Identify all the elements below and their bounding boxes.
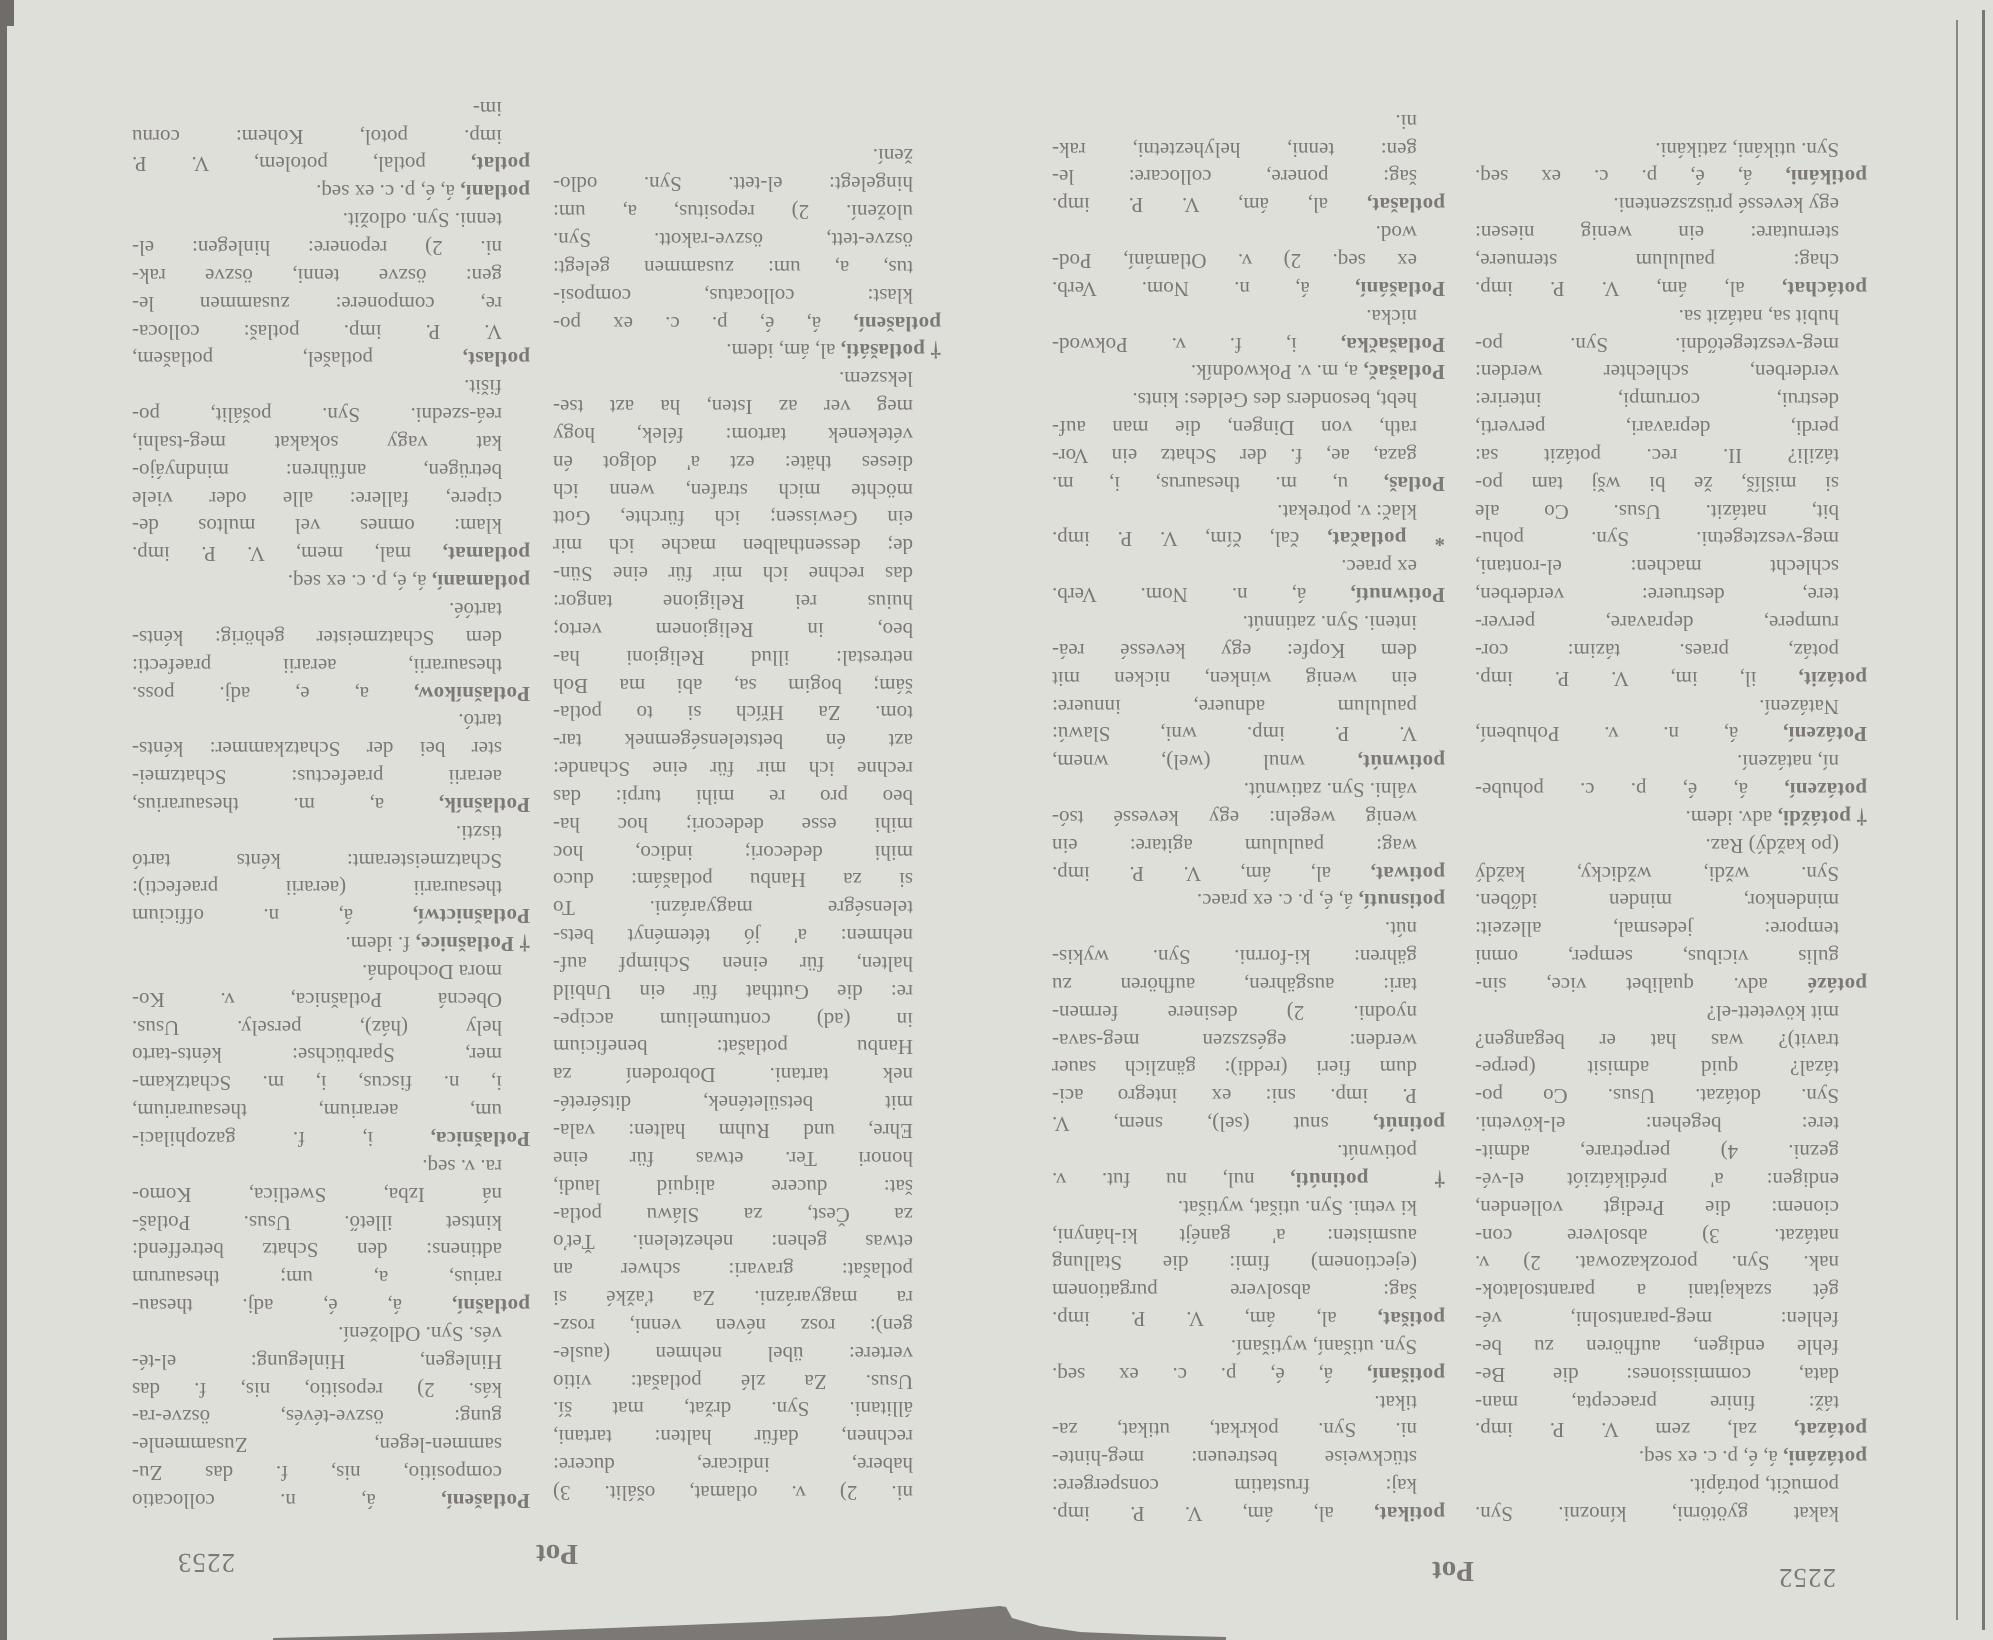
text-line: ra magyarázni. Za ťažké si [553,1283,941,1311]
headword: Potlašník, [439,793,530,817]
line-text: verderben, schlechter werden: [1475,360,1839,384]
line-text: möchte mich strafen, wenn ich [553,479,913,503]
text-line: ra. v. seq. [132,1152,530,1180]
text-line: cipere, fallere: alle oder viele [132,484,530,512]
line-text: tázal? quid admisit (perpe- [1475,1057,1839,1081]
line-text: á, é, p. c. ex seq. [1475,166,1752,190]
line-text: meg-vesztegetődni. Syn. po- [1475,333,1839,357]
text-line: si za Hanbu potlašám: duco [553,866,941,894]
headword: potázit, [1798,667,1867,691]
line-text: ki vetni. Syn. utišat, wytišat. [1178,1196,1417,1220]
text-line: Syn. wždi, wždicky, každý [1475,859,1867,887]
column-3: ni. 2) v. otlamat, ošálit. 3)habere, ind… [553,142,941,1506]
entry-line: † potáždi, adv. idem. [1475,803,1867,831]
text-line: re: die Gutthat für ein Unbild [553,977,941,1005]
line-text: hebt, besonders des Geldes: kints. [1132,388,1417,412]
headword: potišat, [1377,1307,1445,1331]
line-text: válni. Syn. zatiwnút. [1244,778,1417,802]
line-text: állitani. Syn. držat, mat ší. [553,1397,913,1421]
line-text: al, ám, V. P. imp. [1475,277,1745,301]
headword: Potlašání, [1355,277,1445,301]
text-line: habere, indicare, ducere: [553,1450,941,1478]
line-text: wag: paululum agitare: ein [1052,834,1417,858]
line-text: fehle endigen, aufhören zu be- [1475,1335,1839,1359]
headword: potázáni, [1783,1446,1867,1470]
text-line: beo pro re mihi turpi: das [553,782,941,810]
text-line: fehle endigen, aufhören zu be- [1475,1332,1867,1360]
line-text: šám; bogim sa, abi ma Boh [553,674,913,698]
line-text: egy kevessé prüszszenteni. [1613,193,1839,217]
line-text: cipere, fallere: alle oder viele [132,487,502,511]
text-line: in (ad) contumelium accipe- [553,1005,941,1033]
line-text: kat vagy sokakat meg-tsalni, [132,431,502,455]
line-text: Usus. Za zlé potlašat: vitio [553,1370,913,1394]
line-text: mit betsületének, ditséreté- [553,1091,913,1115]
text-line: ná Izba, Swetlica, Komo- [132,1180,530,1208]
line-text: rarius, a, um; thesaurum [132,1266,502,1290]
headword: potikat, [1374,1502,1445,1526]
text-line: stückweise bestreuen: meg-hinte- [1052,1443,1445,1471]
line-text: dum fieri (reddi): gänzlich sauer [1052,1057,1417,1081]
text-line: mer, Sparbüchse: kénts-tarto [132,1041,530,1069]
line-text: Syn. utikáni, zatikáni. [1655,138,1839,162]
headword: potáchat, [1782,277,1867,301]
headword: † Potlašnice, [415,932,530,956]
text-line: šat: ducere aliquid laudi, [553,1172,941,1200]
line-text: thesaurarii (aerarii praefecti): [132,876,502,900]
text-line: travit)? was hat er begangen? [1475,1026,1867,1054]
line-text: zal, zem V. P. imp. [1475,1418,1757,1442]
line-text: dem Kopfe: egy kevessé reá- [1052,639,1417,663]
line-text: natázat. 3) absolvere con- [1475,1224,1839,1248]
running-head: Pot [1432,1556,1474,1585]
text-line: compositio, nis, f. das Zu- [132,1458,530,1486]
text-line: adtinens: den Schatz betreffend: [132,1236,530,1264]
text-line: klast: collocatus, composi- [553,281,941,309]
text-line: mihi esse dedecori; hoc ha- [553,810,941,838]
line-text: a, e, adj. poss. [132,682,369,706]
line-text: al, ám, V. P. imp. [1052,1502,1334,1526]
entry-line: potlašat, al, ám, V. P. imp. [1052,191,1445,219]
line-text: gulis vicibus, semper, omni [1475,945,1839,969]
headword: potlašní, [452,1294,530,1318]
text-line: werden: egészszen meg-sava- [1052,1026,1445,1054]
line-text: al, ám, V. P. imp. [1052,1307,1337,1331]
entry-line: Potlašení, á, n. collocatio [132,1486,530,1514]
line-text: das rechne ich mir für eine Sün- [553,562,913,586]
line-text: reá-szedni. Syn. pošálit, po- [132,403,502,427]
text-line: wenig wegeln: egy kevessé tsó- [1052,803,1445,831]
line-text: á, n. officium [132,904,353,928]
line-text: ní, natázení. [1737,750,1839,774]
text-line: rarius, a, um; thesaurum [132,1263,530,1291]
entry-line: potázit, il, im, V. P. imp. [1475,664,1867,692]
text-line: ni. Syn. pokrkat, utikat, za- [1052,1416,1445,1444]
entry-line: potáchat, al, ám, V. P. imp. [1475,274,1867,302]
text-line: tom. Za Hřích si to potla- [553,699,941,727]
line-text: rumpere, depravare, perver- [1475,611,1839,635]
line-text: nek tartani. Dobrodení za [553,1063,913,1087]
line-text: wnul (wel), wnem, [1052,750,1305,774]
entry-line: * potlačat, čal, čím, V. P. imp. [1052,525,1445,553]
line-text: rath, von Dingen, die man auf- [1052,416,1417,440]
line-text: lekszem. [839,367,913,391]
text-line: fehlen: meg-parantsolni, vé- [1475,1304,1867,1332]
line-text: vétekenek tartom: félek, hogy [553,423,913,447]
line-text: inteni. Syn. zatinnút. [1243,611,1417,635]
text-line: öszve-tett, öszve-rakott. Syn. [553,225,941,253]
line-text: thesaurarii, aerarii praefecti: [132,654,502,678]
page-number: 2253 [177,1549,235,1576]
line-text: Hanbu potlašat: beneficium [553,1036,913,1060]
text-line: válni. Syn. zatiwnút. [1052,775,1445,803]
text-line: natázat. 3) absolvere con- [1475,1221,1867,1249]
line-text: á, é, p. c. pohube- [1475,778,1748,802]
line-text: öszve-tett, öszve-rakott. Syn. [553,228,913,252]
line-text: de; dessenthalben mache ich mir [553,534,913,558]
line-text: hingelegt: el-tett. Syn. odlo- [553,172,913,196]
line-text: dieses thäte: ezt a' dolgot én [553,451,913,475]
line-text: hely (ház), persely. Usus. [132,1016,502,1040]
headword: * potlačat, [1327,527,1445,551]
line-text: potáz, praes. tázim: cor- [1475,639,1839,663]
entry-line: Potlašníkow, a, e, adj. poss. [132,679,530,707]
text-line: Hanbu potlašat: beneficium [553,1033,941,1061]
text-line: fišit. [132,372,530,400]
text-line: Syn. utikáni, zatikáni. [1475,135,1867,163]
line-text: endigen: a' prédikátziót el-vé- [1475,1168,1839,1192]
text-line: inteni. Syn. zatinnút. [1052,608,1445,636]
line-text: hubit sa, natázit sa. [1679,305,1839,329]
text-line: hely (ház), persely. Usus. [132,1013,530,1041]
text-line: chag: paululum sternuere, [1475,246,1867,274]
headword: potázení, [1784,778,1867,802]
line-text: compositio, nis, f. das Zu- [132,1461,502,1485]
text-line: vétekenek tartom: félek, hogy [553,420,941,448]
text-line: tikat. [1052,1388,1445,1416]
line-text: habere, indicare, ducere: [553,1453,913,1477]
text-line: mit követett-el? [1475,998,1867,1026]
entry-line: potázé adv. qualibet vice, sin- [1475,970,1867,998]
line-text: adv. idem. [1686,806,1773,830]
line-text: si mišlíš, že bi wšj tam po- [1475,472,1839,496]
entry-line: Potlašnictwí, á, n. officium [132,901,530,929]
text-line: aerarii praefectus: Schatzmei- [132,762,530,790]
line-text: Hinlegen, Hinlegung: el-té- [132,1350,502,1374]
line-text: á, n. v. Pohubení, [1475,722,1738,746]
text-line: ster bei der Schatzkammer: kénts- [132,734,530,762]
text-line: um, aerarium, thesaurarium, [132,1096,530,1124]
entry-line: Potiwnutí, á, n. Nom. Verb. [1052,580,1445,608]
line-text: ra. v. seq. [422,1155,502,1179]
text-line: ni. [1052,107,1445,135]
line-text: gen: öszve tenni, öszve rak- [132,264,502,288]
text-line: nehmen: a' jó téteményt bets- [553,921,941,949]
line-text: tempore: jedesmal, allezeit: [1475,917,1839,941]
text-line: gulis vicibus, semper, omni [1475,942,1867,970]
text-line: honori Ter. etwas für eine [553,1144,941,1172]
line-text: cionem: die Predigt vollenden, [1475,1196,1839,1220]
headword: potázé [1807,973,1867,997]
line-text: chag: paululum sternuere, [1475,249,1839,273]
text-line: paululum adnuere, innuere: [1052,692,1445,720]
line-text: á, n. collocatio [132,1489,376,1513]
headword: † potlašáti, [841,339,941,363]
text-line: Obecná Potlašnica, v. Ko- [132,985,530,1013]
line-text: ni. [1395,110,1417,134]
text-line: nút. [1052,914,1445,942]
line-text: á, é, p. c. ex po- [553,312,821,336]
headword: Potiwnutí, [1350,583,1445,607]
text-line: za Čest, za Sláwu potla- [553,1200,941,1228]
line-text: ein wenig winken, nicken mit [1052,667,1417,691]
text-line: tempore: jedesmal, allezeit: [1475,914,1867,942]
entry-line: Potlaš, u, m. thesaurus, i, m. [1052,469,1445,497]
line-text: telenségre magyarázni. To [553,896,913,920]
line-text: á, é, p. c. ex praec. [1197,889,1353,913]
line-text: gezni. 4) perpetrare, admit- [1475,1140,1839,1164]
line-text: (ejectionem) fimi: die Stallung [1052,1251,1417,1275]
text-line: gähren: ki-forrni. Syn. wykis- [1052,942,1445,970]
text-line: huius rei Religione tangor: [553,587,941,615]
line-text: a, m. v. Pokwodník. [1191,360,1358,384]
text-line: re, componere: zusammen le- [132,289,530,317]
text-line: beo, in Religionem verto; [553,615,941,643]
text-line: tartó. [132,707,530,735]
entry-line: potlašení, á, é, p. c. ex po- [553,309,941,337]
headword: potišaní, [1367,1363,1445,1387]
headword: Potlašnica, [430,1127,530,1151]
line-text: al, ám, V. P. imp. [1052,193,1328,217]
line-text: azt én betstelenségemnek tar- [553,729,913,753]
text-line: tari: ausgähren, aufhören zu [1052,970,1445,998]
entry-line: potisnutí, á, é, p. c. ex praec. [1052,887,1445,915]
text-line: gung: öszve-tévés, öszve-ra- [132,1403,530,1431]
entry-line: potázení, á, é, p. c. pohube- [1475,775,1867,803]
line-text: ausmisten: a' ganéjt ki-hányni, [1052,1224,1417,1248]
line-text: žení. [873,145,913,169]
line-text: imp. potol, Kohem: cornu [132,125,502,149]
line-text: á, é, p. c. ex seq. [1052,1363,1333,1387]
headword: potázat, [1794,1418,1867,1442]
text-line: im- [132,94,530,122]
line-text: meg ver az Isten, ha azt tse- [553,395,913,419]
text-line: pomučit, potrápit. [1475,1471,1867,1499]
text-line: nicka. [1052,302,1445,330]
text-line: tenni. Syn. odložit. [132,205,530,233]
line-text: Syn. wždi, wždicky, každý [1475,862,1839,886]
text-line: egy kevessé prüszszenteni. [1475,191,1867,219]
headword: potinút, [1373,1112,1445,1136]
book-spread: 2252 Pot kakat gyötörni, kínozni. Syn.po… [0,0,1993,1640]
text-line: etwas gehen: nehezteleni. Ťeťo [553,1228,941,1256]
entry-line: potlaní, á, é, p. c. ex seq. [132,178,530,206]
text-line: (ejectionem) fimi: die Stallung [1052,1249,1445,1277]
line-text: il, im, V. P. imp. [1475,667,1757,691]
line-text: potiwnút. [1337,1140,1417,1164]
text-line: i, n. fiscus, i, m. Schatzkam- [132,1069,530,1097]
line-text: gähren: ki-forrni. Syn. wykis- [1052,945,1417,969]
text-line: tiszti. [132,818,530,846]
text-line: tázili? II. rec. potázit sa: [1475,441,1867,469]
column-2: potikat, al, ám, V. P. imp.kaj: frustati… [1052,107,1445,1527]
text-line: gen: öszve tenni, öszve rak- [132,261,530,289]
line-text: V. P. imp. potlaš: colloca- [132,320,502,344]
text-line: šag: ponere, collocare: le- [1052,163,1445,191]
text-line: ki vetni. Syn. utišat, wytišat. [1052,1193,1445,1221]
line-text: halten, für einen Schimpf auf- [553,952,913,976]
line-text: i, f. gazophilaci- [132,1127,373,1151]
line-text: tom. Za Hřích si to potla- [553,701,913,725]
line-text: rechnen, dafür halten: tartani, [553,1425,913,1449]
text-line: nek tartani. Dobrodení za [553,1061,941,1089]
line-text: uložení. 2) repositus, a, um: [553,200,913,224]
line-text: i, f. v. Pokwod- [1052,333,1297,357]
text-line: V. P. imp. wni, Slawú: [1052,720,1445,748]
headword: Potlašení, [441,1489,530,1513]
headword: Potázení, [1783,722,1867,746]
line-text: fehlen: meg-parantsolni, vé- [1475,1307,1839,1331]
line-text: tartó. [458,709,502,733]
text-line: ni. 2) reponere: hinlegen: el- [132,233,530,261]
text-line: gen): rosz néven venni, rosz- [553,1311,941,1339]
line-text: tus, a, um: zusammen gelegt: [553,256,913,280]
line-text: mit követett-el? [1707,1001,1839,1025]
text-line: Syn. dotázat. Usus. Co po- [1475,1082,1867,1110]
text-line: nyodni. 2) desinere fermen- [1052,998,1445,1026]
line-text: Obecná Potlašnica, v. Ko- [132,988,502,1012]
line-text: sammen-legen, Zusammenle- [132,1433,502,1457]
line-text: á, é, p. c. ex seq. [1639,1446,1778,1470]
entry-line: † Potlašnice, f. idem. [132,929,530,957]
text-line: táž: finire praecepta, man- [1475,1388,1867,1416]
headword: † potinúti, [1290,1168,1445,1192]
line-text: á, n. Nom. Verb. [1052,277,1310,301]
text-line: dem Kopfe: egy kevessé reá- [1052,636,1445,664]
line-text: rechne ich mir für eine Schande: [553,757,913,781]
entry-line: potlamat, mal, mem, V. P. imp. [132,539,530,567]
entry-line: potikat, al, ám, V. P. imp. [1052,1499,1445,1527]
headword: Potlašníkow, [414,682,530,706]
text-line: dem Schatzmeister gehörig: kénts- [132,623,530,651]
text-line: tus, a, um: zusammen gelegt: [553,253,941,281]
text-line: destrui, corrumpi, interire: [1475,385,1867,413]
headword: potlat, [471,153,530,177]
line-text: beo, in Religionem verto; [553,618,913,642]
line-text: gét szakajtani a parantsolatok- [1475,1279,1839,1303]
line-text: ein Gewissen; ich fürchte, Gott [553,506,913,530]
line-text: al, ám, V. P. imp. [1052,862,1331,886]
headword: potiwnút, [1357,750,1445,774]
text-line: wag: paululum agitare: ein [1052,831,1445,859]
line-text: tenni. Syn. odložit. [343,208,502,232]
text-line: Usus. Za zlé potlašat: vitio [553,1367,941,1395]
line-text: dem Schatzmeister gehörig: kénts- [132,626,502,650]
line-text: f. idem. [345,932,410,956]
line-text: sternutare: ein wenig niesen: [1475,221,1839,245]
line-text: tartóé. [449,598,502,622]
line-text: re: die Gutthat für ein Unbild [553,980,913,1004]
line-text: aerarii praefectus: Schatzmei- [132,765,502,789]
page-number: 2252 [1778,1564,1836,1591]
line-text: paululum adnuere, innuere: [1052,695,1417,719]
text-line: Hinlegen, Hinlegung: el-té- [132,1347,530,1375]
line-text: nút. [1385,917,1417,941]
text-line: kintset illető. Usus. Potlaš- [132,1208,530,1236]
line-text: tere, destruere: verderben, [1475,583,1839,607]
entry-line: potlat, potlal, potolem, V. P. [132,150,530,178]
text-line: vés. Syn. Odložení. [132,1319,530,1347]
entry-line: Potlašač, a, m. v. Pokwodník. [1052,358,1445,386]
line-text: ster bei der Schatzkammer: kénts- [132,737,502,761]
text-line: tere: begehen: el-követni. [1475,1109,1867,1137]
line-text: mihi dedecori; indico, hoc [553,841,913,865]
text-line: bit, natázit. Usus. Co ale [1475,497,1867,525]
line-text: nehmen: a' jó téteményt bets- [553,924,913,948]
text-line: dum fieri (reddi): gänzlich sauer [1052,1054,1445,1082]
line-text: nyodni. 2) desinere fermen- [1052,1001,1417,1025]
text-line: meg-vesztegetni. Syn. pohu- [1475,525,1867,553]
running-head: Pot [536,1539,578,1568]
text-line: gét szakajtani a parantsolatok- [1475,1276,1867,1304]
entry-line: potinút, snut (sel), snem, V. [1052,1109,1445,1137]
text-line: hebt, besonders des Geldes: kints. [1052,385,1445,413]
text-line: wod. [1052,218,1445,246]
line-text: u, m. thesaurus, i, m. [1052,472,1348,496]
entry-line: potiwnút, wnul (wel), wnem, [1052,747,1445,775]
line-text: klam: omnes vel multos de- [132,514,502,538]
line-text: ná Izba, Swetlica, Komo- [132,1183,502,1207]
entry-line: † potinúti, nul, nu fut. v. [1052,1165,1445,1193]
text-line: állitani. Syn. držat, mat ší. [553,1395,941,1423]
line-text: V. P. imp. wni, Slawú: [1052,722,1417,746]
line-text: mindenkor, minden időben. [1475,889,1839,913]
line-text: potlašat: gravari: schwer an [553,1258,913,1282]
text-line: ex seq. 2) v. Otlamání, Pod- [1052,246,1445,274]
entry-line: potlamaní, á, é, p. c. ex seq. [132,567,530,595]
text-line: lekszem. [553,364,941,392]
line-text: honori Ter. etwas für eine [553,1147,913,1171]
text-line: V. P. imp. potlaš: colloca- [132,317,530,345]
text-line: klač: v. potrekat. [1052,497,1445,525]
text-line: hubit sa, natázit sa. [1475,302,1867,330]
entry-line: potišat, al, ám, V. P. imp. [1052,1304,1445,1332]
line-text: šat: ducere aliquid laudi, [553,1175,913,1199]
headword: potlašat, [1367,193,1445,217]
entry-line: potikáni, á, é, p. c. ex seq. [1475,163,1867,191]
line-text: ni. 2) reponere: hinlegen: el- [132,236,502,260]
headword: potlamaní, [432,570,530,594]
entry-line: potlašní, á, é, adj. thesau- [132,1291,530,1319]
line-text: fišit. [464,375,502,399]
line-text: tázili? II. rec. potázit sa: [1475,444,1839,468]
text-line: ni. 2) v. otlamat, ošálit. 3) [553,1478,941,1506]
line-text: gung: öszve-tévés, öszve-ra- [132,1405,502,1429]
line-text: stückweise bestreuen: meg-hinte- [1052,1446,1417,1470]
text-line: hingelegt: el-tett. Syn. odlo- [553,170,941,198]
headword: Potlašač, [1363,360,1445,384]
text-line: (po každý) Raz. [1475,831,1867,859]
headword: † potáždi, [1777,806,1867,830]
text-line: kakat gyötörni, kínozni. Syn. [1475,1499,1867,1527]
text-line: P. imp. sni: ex integro aci- [1052,1082,1445,1110]
text-line: žení. [553,142,941,170]
headword: potlamat, [442,542,530,566]
line-text: klast: collocatus, composi- [553,284,913,308]
line-text: adtinens: den Schatz betreffend: [132,1238,502,1262]
column-4: Potlašení, á, n. collocatiocompositio, n… [132,94,530,1514]
text-line: thesaurarii (aerarii praefecti): [132,874,530,902]
